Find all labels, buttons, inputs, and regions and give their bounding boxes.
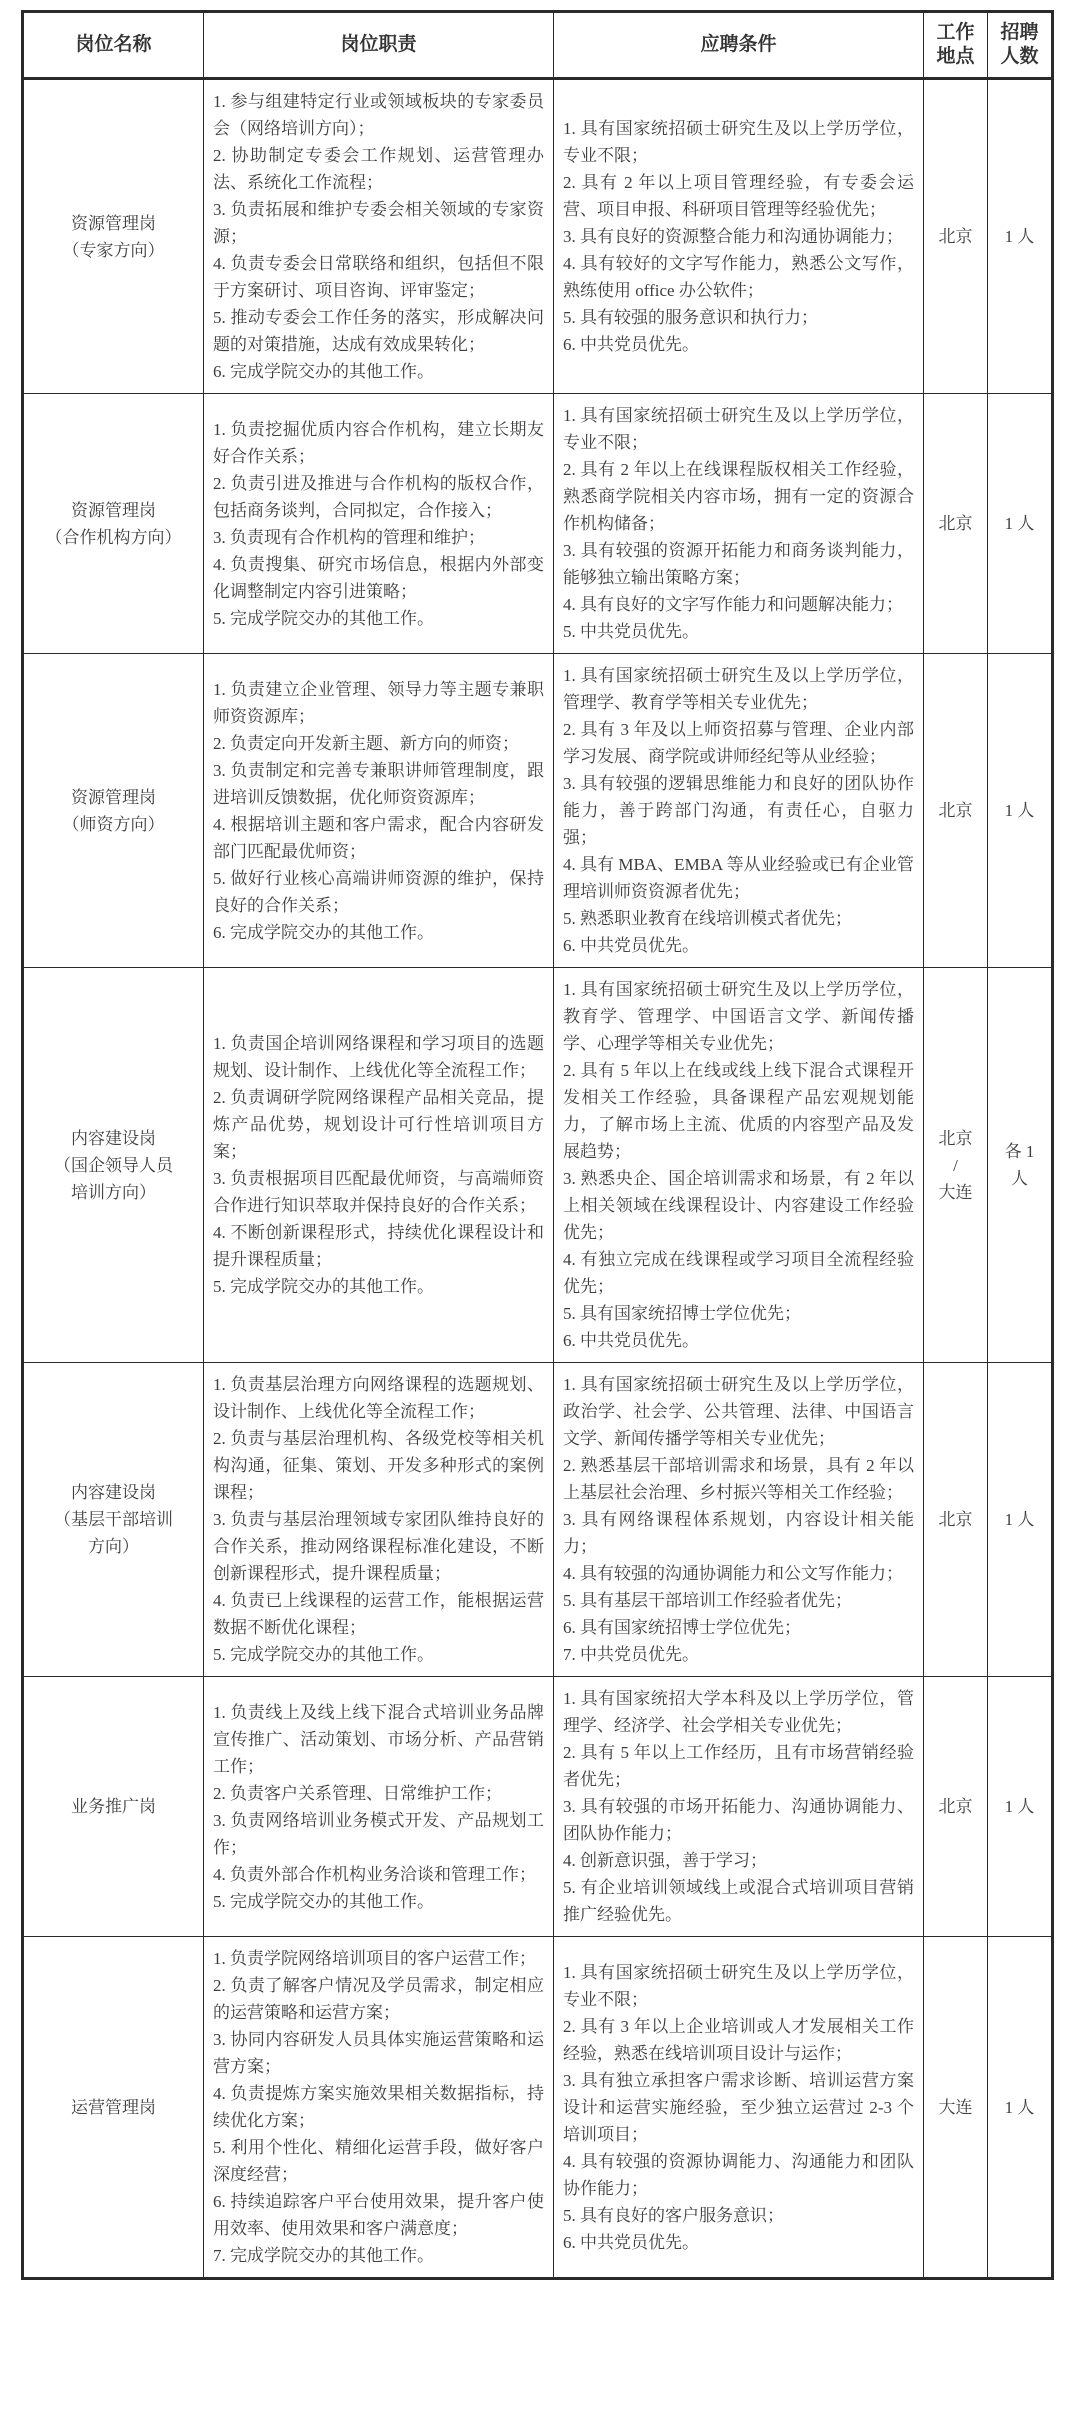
position-name-line: 资源管理岗 — [27, 784, 200, 811]
position-name-cell: 运营管理岗 — [23, 1937, 204, 2279]
position-name-line: 内容建设岗 — [27, 1479, 200, 1506]
requirement-item: 1. 具有国家统招硕士研究生及以上学历学位，专业不限； — [563, 115, 914, 169]
job-row: 资源管理岗（专家方向） 1. 参与组建特定行业或领域板块的专家委员会（网络培训方… — [23, 79, 1053, 394]
headcount-cell: 1 人 — [988, 1363, 1053, 1677]
duty-item: 3. 负责网络培训业务模式开发、产品规划工作； — [213, 1807, 544, 1861]
position-name-line: 资源管理岗 — [27, 210, 200, 237]
location-line: 北京 — [927, 1793, 984, 1820]
duty-item: 5. 推动专委会工作任务的落实，形成解决问题的对策措施，达成有效成果转化； — [213, 304, 544, 358]
requirement-item: 5. 有企业培训领域线上或混合式培训项目营销推广经验优先。 — [563, 1874, 914, 1928]
duties-cell: 1. 负责国企培训网络课程和学习项目的选题规划、设计制作、上线优化等全流程工作；… — [204, 968, 554, 1363]
duty-item: 3. 负责拓展和维护专委会相关领域的专家资源； — [213, 196, 544, 250]
duty-list: 1. 负责线上及线上线下混合式培训业务品牌宣传推广、活动策划、市场分析、产品营销… — [213, 1699, 544, 1915]
headcount-line: 1 人 — [991, 1506, 1048, 1533]
requirement-item: 4. 具有较强的资源协调能力、沟通能力和团队协作能力； — [563, 2148, 914, 2202]
duty-item: 2. 负责调研学院网络课程产品相关竞品，提炼产品优势，规划设计可行性培训项目方案… — [213, 1084, 544, 1165]
table-body: 资源管理岗（专家方向） 1. 参与组建特定行业或领域板块的专家委员会（网络培训方… — [23, 79, 1053, 2279]
requirement-item: 5. 中共党员优先。 — [563, 618, 914, 645]
duty-item: 4. 不断创新课程形式，持续优化课程设计和提升课程质量； — [213, 1219, 544, 1273]
duty-item: 1. 负责建立企业管理、领导力等主题专兼职师资资源库； — [213, 676, 544, 730]
location-line: 北京 — [927, 1506, 984, 1533]
requirement-item: 6. 中共党员优先。 — [563, 331, 914, 358]
position-name-cell: 业务推广岗 — [23, 1677, 204, 1937]
requirement-item: 1. 具有国家统招硕士研究生及以上学历学位，专业不限； — [563, 402, 914, 456]
duties-cell: 1. 负责建立企业管理、领导力等主题专兼职师资资源库；2. 负责定向开发新主题、… — [204, 654, 554, 968]
duty-item: 6. 完成学院交办的其他工作。 — [213, 919, 544, 946]
headcount-cell: 各 1人 — [988, 968, 1053, 1363]
duty-item: 3. 负责现有合作机构的管理和维护； — [213, 524, 544, 551]
position-name: 资源管理岗（师资方向） — [27, 784, 200, 838]
requirement-item: 5. 具有良好的客户服务意识； — [563, 2202, 914, 2229]
duties-cell: 1. 负责基层治理方向网络课程的选题规划、设计制作、上线优化等全流程工作；2. … — [204, 1363, 554, 1677]
header-row: 岗位名称 岗位职责 应聘条件 工作地点 招聘人数 — [23, 12, 1053, 79]
requirement-item: 1. 具有国家统招硕士研究生及以上学历学位，专业不限； — [563, 1959, 914, 2013]
duty-item: 5. 完成学院交办的其他工作。 — [213, 605, 544, 632]
position-name-line: 方向） — [27, 1533, 200, 1560]
position-name: 资源管理岗（专家方向） — [27, 210, 200, 264]
location-cell: 大连 — [924, 1937, 988, 2279]
headcount-cell: 1 人 — [988, 1937, 1053, 2279]
position-name-line: 培训方向） — [27, 1179, 200, 1206]
headcount-cell: 1 人 — [988, 1677, 1053, 1937]
requirement-item: 1. 具有国家统招硕士研究生及以上学历学位，教育学、管理学、中国语言文学、新闻传… — [563, 976, 914, 1057]
position-name-line: （基层干部培训 — [27, 1506, 200, 1533]
position-name-line: （师资方向） — [27, 811, 200, 838]
headcount: 1 人 — [991, 1506, 1048, 1533]
duty-item: 5. 做好行业核心高端讲师资源的维护，保持良好的合作关系； — [213, 865, 544, 919]
duty-item: 1. 负责学院网络培训项目的客户运营工作； — [213, 1945, 544, 1972]
requirement-item: 2. 具有 5 年以上工作经历，且有市场营销经验者优先； — [563, 1739, 914, 1793]
requirement-list: 1. 具有国家统招硕士研究生及以上学历学位，专业不限；2. 具有 2 年以上在线… — [563, 402, 914, 645]
duty-item: 7. 完成学院交办的其他工作。 — [213, 2242, 544, 2269]
requirement-item: 5. 具有国家统招博士学位优先； — [563, 1300, 914, 1327]
requirement-item: 2. 具有 3 年及以上师资招募与管理、企业内部学习发展、商学院或讲师经纪等从业… — [563, 716, 914, 770]
header-duties: 岗位职责 — [204, 12, 554, 79]
duties-cell: 1. 负责学院网络培训项目的客户运营工作；2. 负责了解客户情况及学员需求，制定… — [204, 1937, 554, 2279]
header-headcount: 招聘人数 — [988, 12, 1053, 79]
requirement-item: 3. 具有良好的资源整合能力和沟通协调能力； — [563, 223, 914, 250]
duty-item: 3. 负责与基层治理领域专家团队维持良好的合作关系，推动网络课程标准化建设，不断… — [213, 1506, 544, 1587]
headcount-line: 1 人 — [991, 223, 1048, 250]
location: 北京 — [927, 797, 984, 824]
location-cell: 北京 — [924, 1363, 988, 1677]
location: 北京 — [927, 510, 984, 537]
position-name-line: 运营管理岗 — [27, 2094, 200, 2121]
duty-item: 3. 负责根据项目匹配最优师资，与高端师资合作进行知识萃取并保持良好的合作关系； — [213, 1165, 544, 1219]
headcount-line: 1 人 — [991, 2094, 1048, 2121]
position-name: 内容建设岗（国企领导人员培训方向） — [27, 1125, 200, 1206]
requirement-item: 4. 有独立完成在线课程或学习项目全流程经验优先； — [563, 1246, 914, 1300]
location-line: 北京 — [927, 223, 984, 250]
position-name: 资源管理岗（合作机构方向） — [27, 497, 200, 551]
duty-item: 5. 完成学院交办的其他工作。 — [213, 1641, 544, 1668]
headcount: 1 人 — [991, 1793, 1048, 1820]
requirement-item: 2. 具有 3 年以上企业培训或人才发展相关工作经验，熟悉在线培训项目设计与运作… — [563, 2013, 914, 2067]
requirements-cell: 1. 具有国家统招大学本科及以上学历学位，管理学、经济学、社会学相关专业优先；2… — [554, 1677, 924, 1937]
headcount-cell: 1 人 — [988, 654, 1053, 968]
duty-list: 1. 负责基层治理方向网络课程的选题规划、设计制作、上线优化等全流程工作；2. … — [213, 1371, 544, 1668]
headcount: 各 1人 — [991, 1138, 1048, 1192]
headcount: 1 人 — [991, 223, 1048, 250]
duty-item: 4. 负责提炼方案实施效果相关数据指标，持续优化方案； — [213, 2080, 544, 2134]
requirement-item: 5. 熟悉职业教育在线培训模式者优先； — [563, 905, 914, 932]
requirement-item: 6. 具有国家统招博士学位优先； — [563, 1614, 914, 1641]
duties-cell: 1. 负责挖掘优质内容合作机构，建立长期友好合作关系；2. 负责引进及推进与合作… — [204, 394, 554, 654]
requirement-item: 5. 具有较强的服务意识和执行力； — [563, 304, 914, 331]
position-name-cell: 资源管理岗（师资方向） — [23, 654, 204, 968]
duty-item: 1. 负责线上及线上线下混合式培训业务品牌宣传推广、活动策划、市场分析、产品营销… — [213, 1699, 544, 1780]
requirement-list: 1. 具有国家统招硕士研究生及以上学历学位，政治学、社会学、公共管理、法律、中国… — [563, 1371, 914, 1668]
requirement-list: 1. 具有国家统招大学本科及以上学历学位，管理学、经济学、社会学相关专业优先；2… — [563, 1685, 914, 1928]
duty-list: 1. 参与组建特定行业或领域板块的专家委员会（网络培训方向）；2. 协助制定专委… — [213, 88, 544, 385]
location-cell: 北京 — [924, 79, 988, 394]
duty-item: 5. 完成学院交办的其他工作。 — [213, 1273, 544, 1300]
location: 北京/大连 — [927, 1125, 984, 1206]
position-name-line: 内容建设岗 — [27, 1125, 200, 1152]
location-line: 大连 — [927, 2094, 984, 2121]
page: 岗位名称 岗位职责 应聘条件 工作地点 招聘人数 资源管理岗（专家方向） — [0, 0, 1072, 2425]
location: 大连 — [927, 2094, 984, 2121]
duty-list: 1. 负责国企培训网络课程和学习项目的选题规划、设计制作、上线优化等全流程工作；… — [213, 1030, 544, 1300]
location-cell: 北京 — [924, 394, 988, 654]
requirement-item: 1. 具有国家统招硕士研究生及以上学历学位，政治学、社会学、公共管理、法律、中国… — [563, 1371, 914, 1452]
duty-item: 4. 负责已上线课程的运营工作，能根据运营数据不断优化课程； — [213, 1587, 544, 1641]
duty-item: 1. 参与组建特定行业或领域板块的专家委员会（网络培训方向）； — [213, 88, 544, 142]
requirement-item: 4. 创新意识强，善于学习； — [563, 1847, 914, 1874]
duty-item: 1. 负责基层治理方向网络课程的选题规划、设计制作、上线优化等全流程工作； — [213, 1371, 544, 1425]
position-name: 业务推广岗 — [27, 1793, 200, 1820]
headcount: 1 人 — [991, 510, 1048, 537]
duty-item: 3. 协同内容研发人员具体实施运营策略和运营方案； — [213, 2026, 544, 2080]
duty-item: 5. 完成学院交办的其他工作。 — [213, 1888, 544, 1915]
headcount: 1 人 — [991, 2094, 1048, 2121]
requirement-item: 2. 具有 2 年以上在线课程版权相关工作经验，熟悉商学院相关内容市场，拥有一定… — [563, 456, 914, 537]
requirements-cell: 1. 具有国家统招硕士研究生及以上学历学位，教育学、管理学、中国语言文学、新闻传… — [554, 968, 924, 1363]
duty-item: 4. 负责搜集、研究市场信息，根据内外部变化调整制定内容引进策略； — [213, 551, 544, 605]
position-name-cell: 内容建设岗（国企领导人员培训方向） — [23, 968, 204, 1363]
headcount-line: 1 人 — [991, 797, 1048, 824]
requirement-list: 1. 具有国家统招硕士研究生及以上学历学位，管理学、教育学等相关专业优先；2. … — [563, 662, 914, 959]
location: 北京 — [927, 1506, 984, 1533]
requirement-item: 2. 具有 5 年以上在线或线上线下混合式课程开发相关工作经验，具备课程产品宏观… — [563, 1057, 914, 1165]
duties-cell: 1. 负责线上及线上线下混合式培训业务品牌宣传推广、活动策划、市场分析、产品营销… — [204, 1677, 554, 1937]
requirement-item: 6. 中共党员优先。 — [563, 1327, 914, 1354]
requirement-item: 4. 具有较好的文字写作能力，熟悉公文写作，熟练使用 office 办公软件； — [563, 250, 914, 304]
position-name-line: （专家方向） — [27, 237, 200, 264]
requirement-item: 4. 具有良好的文字写作能力和问题解决能力； — [563, 591, 914, 618]
duty-list: 1. 负责学院网络培训项目的客户运营工作；2. 负责了解客户情况及学员需求，制定… — [213, 1945, 544, 2269]
requirement-item: 7. 中共党员优先。 — [563, 1641, 914, 1668]
duty-item: 2. 负责定向开发新主题、新方向的师资； — [213, 730, 544, 757]
headcount-cell: 1 人 — [988, 394, 1053, 654]
requirement-item: 3. 具有较强的逻辑思维能力和良好的团队协作能力，善于跨部门沟通，有责任心，自驱… — [563, 770, 914, 851]
headcount-line: 1 人 — [991, 510, 1048, 537]
headcount-line: 人 — [991, 1165, 1048, 1192]
location: 北京 — [927, 1793, 984, 1820]
requirement-list: 1. 具有国家统招硕士研究生及以上学历学位，专业不限；2. 具有 3 年以上企业… — [563, 1959, 914, 2256]
requirement-item: 3. 具有网络课程体系规划，内容设计相关能力； — [563, 1506, 914, 1560]
position-name-line: （国企领导人员 — [27, 1152, 200, 1179]
position-name-line: 资源管理岗 — [27, 497, 200, 524]
position-name-line: （合作机构方向） — [27, 524, 200, 551]
duty-item: 6. 持续追踪客户平台使用效果，提升客户使用效率、使用效果和客户满意度； — [213, 2188, 544, 2242]
position-name-cell: 资源管理岗（专家方向） — [23, 79, 204, 394]
job-row: 内容建设岗（基层干部培训方向） 1. 负责基层治理方向网络课程的选题规划、设计制… — [23, 1363, 1053, 1677]
requirement-item: 5. 具有基层干部培训工作经验者优先； — [563, 1587, 914, 1614]
location-line: 大连 — [927, 1179, 984, 1206]
duties-cell: 1. 参与组建特定行业或领域板块的专家委员会（网络培训方向）；2. 协助制定专委… — [204, 79, 554, 394]
requirements-cell: 1. 具有国家统招硕士研究生及以上学历学位，政治学、社会学、公共管理、法律、中国… — [554, 1363, 924, 1677]
duty-item: 3. 负责制定和完善专兼职讲师管理制度，跟进培训反馈数据，优化师资资源库； — [213, 757, 544, 811]
requirements-cell: 1. 具有国家统招硕士研究生及以上学历学位，专业不限；2. 具有 2 年以上项目… — [554, 79, 924, 394]
duty-item: 2. 负责与基层治理机构、各级党校等相关机构沟通，征集、策划、开发多种形式的案例… — [213, 1425, 544, 1506]
location-line: 北京 — [927, 797, 984, 824]
requirement-item: 3. 具有较强的资源开拓能力和商务谈判能力，能够独立输出策略方案； — [563, 537, 914, 591]
job-row: 资源管理岗（师资方向） 1. 负责建立企业管理、领导力等主题专兼职师资资源库；2… — [23, 654, 1053, 968]
requirement-item: 2. 熟悉基层干部培训需求和场景，具有 2 年以上基层社会治理、乡村振兴等相关工… — [563, 1452, 914, 1506]
location-line: 北京 — [927, 510, 984, 537]
header-location: 工作地点 — [924, 12, 988, 79]
duty-item: 2. 负责客户关系管理、日常维护工作； — [213, 1780, 544, 1807]
headcount: 1 人 — [991, 797, 1048, 824]
duty-item: 6. 完成学院交办的其他工作。 — [213, 358, 544, 385]
job-row: 内容建设岗（国企领导人员培训方向） 1. 负责国企培训网络课程和学习项目的选题规… — [23, 968, 1053, 1363]
duty-item: 4. 负责专委会日常联络和组织，包括但不限于方案研讨、项目咨询、评审鉴定； — [213, 250, 544, 304]
duty-item: 1. 负责国企培训网络课程和学习项目的选题规划、设计制作、上线优化等全流程工作； — [213, 1030, 544, 1084]
job-row: 业务推广岗 1. 负责线上及线上线下混合式培训业务品牌宣传推广、活动策划、市场分… — [23, 1677, 1053, 1937]
location-cell: 北京 — [924, 1677, 988, 1937]
requirement-item: 3. 具有独立承担客户需求诊断、培训运营方案设计和运营实施经验，至少独立运营过 … — [563, 2067, 914, 2148]
job-row: 资源管理岗（合作机构方向） 1. 负责挖掘优质内容合作机构，建立长期友好合作关系… — [23, 394, 1053, 654]
requirement-item: 3. 具有较强的市场开拓能力、沟通协调能力、团队协作能力； — [563, 1793, 914, 1847]
location-cell: 北京/大连 — [924, 968, 988, 1363]
recruitment-table: 岗位名称 岗位职责 应聘条件 工作地点 招聘人数 资源管理岗（专家方向） — [21, 10, 1054, 2280]
duty-item: 4. 负责外部合作机构业务洽谈和管理工作； — [213, 1861, 544, 1888]
position-name: 运营管理岗 — [27, 2094, 200, 2121]
duty-list: 1. 负责挖掘优质内容合作机构，建立长期友好合作关系；2. 负责引进及推进与合作… — [213, 416, 544, 632]
headcount-line: 各 1 — [991, 1138, 1048, 1165]
header-position-name: 岗位名称 — [23, 12, 204, 79]
requirements-cell: 1. 具有国家统招硕士研究生及以上学历学位，专业不限；2. 具有 2 年以上在线… — [554, 394, 924, 654]
duty-item: 2. 负责了解客户情况及学员需求，制定相应的运营策略和运营方案； — [213, 1972, 544, 2026]
requirement-item: 4. 具有 MBA、EMBA 等从业经验或已有企业管理培训师资资源者优先； — [563, 851, 914, 905]
requirement-item: 2. 具有 2 年以上项目管理经验，有专委会运营、项目申报、科研项目管理等经验优… — [563, 169, 914, 223]
headcount-line: 1 人 — [991, 1793, 1048, 1820]
position-name-cell: 资源管理岗（合作机构方向） — [23, 394, 204, 654]
requirements-cell: 1. 具有国家统招硕士研究生及以上学历学位，专业不限；2. 具有 3 年以上企业… — [554, 1937, 924, 2279]
headcount-cell: 1 人 — [988, 79, 1053, 394]
requirements-cell: 1. 具有国家统招硕士研究生及以上学历学位，管理学、教育学等相关专业优先；2. … — [554, 654, 924, 968]
requirement-item: 4. 具有较强的沟通协调能力和公文写作能力； — [563, 1560, 914, 1587]
job-row: 运营管理岗 1. 负责学院网络培训项目的客户运营工作；2. 负责了解客户情况及学… — [23, 1937, 1053, 2279]
location-line: 北京 — [927, 1125, 984, 1152]
location: 北京 — [927, 223, 984, 250]
duty-item: 5. 利用个性化、精细化运营手段，做好客户深度经营； — [213, 2134, 544, 2188]
requirement-list: 1. 具有国家统招硕士研究生及以上学历学位，教育学、管理学、中国语言文学、新闻传… — [563, 976, 914, 1354]
duty-item: 1. 负责挖掘优质内容合作机构，建立长期友好合作关系； — [213, 416, 544, 470]
position-name-line: 业务推广岗 — [27, 1793, 200, 1820]
location-cell: 北京 — [924, 654, 988, 968]
header-requirements: 应聘条件 — [554, 12, 924, 79]
requirement-item: 1. 具有国家统招大学本科及以上学历学位，管理学、经济学、社会学相关专业优先； — [563, 1685, 914, 1739]
duty-item: 4. 根据培训主题和客户需求，配合内容研发部门匹配最优师资； — [213, 811, 544, 865]
requirement-item: 1. 具有国家统招硕士研究生及以上学历学位，管理学、教育学等相关专业优先； — [563, 662, 914, 716]
duty-list: 1. 负责建立企业管理、领导力等主题专兼职师资资源库；2. 负责定向开发新主题、… — [213, 676, 544, 946]
location-line: / — [927, 1152, 984, 1179]
requirement-item: 6. 中共党员优先。 — [563, 2229, 914, 2256]
duty-item: 2. 负责引进及推进与合作机构的版权合作，包括商务谈判，合同拟定，合作接入； — [213, 470, 544, 524]
requirement-list: 1. 具有国家统招硕士研究生及以上学历学位，专业不限；2. 具有 2 年以上项目… — [563, 115, 914, 358]
requirement-item: 6. 中共党员优先。 — [563, 932, 914, 959]
position-name: 内容建设岗（基层干部培训方向） — [27, 1479, 200, 1560]
requirement-item: 3. 熟悉央企、国企培训需求和场景，有 2 年以上相关领域在线课程设计、内容建设… — [563, 1165, 914, 1246]
duty-item: 2. 协助制定专委会工作规划、运营管理办法、系统化工作流程； — [213, 142, 544, 196]
position-name-cell: 内容建设岗（基层干部培训方向） — [23, 1363, 204, 1677]
